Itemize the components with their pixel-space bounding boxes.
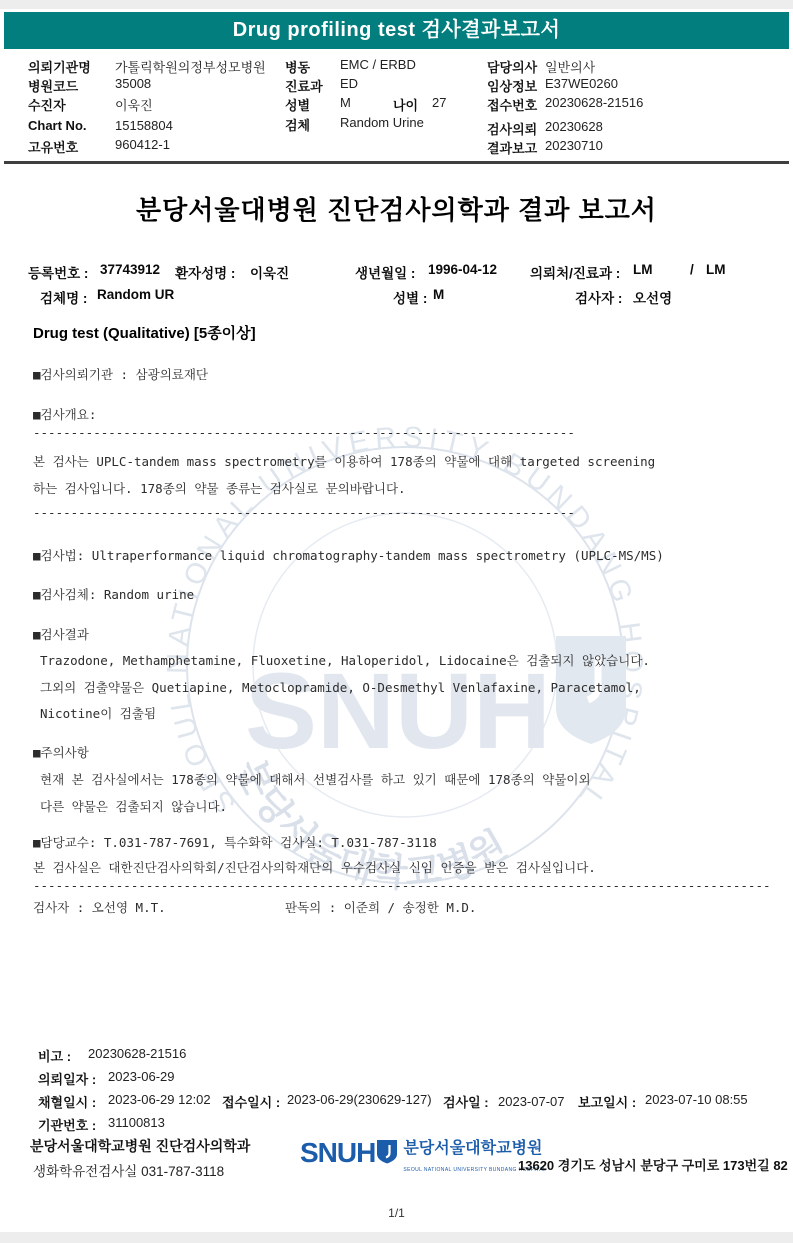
body-divider-1: ----------------------------------------… — [33, 425, 575, 440]
patient-specimen-value: Random UR — [97, 287, 174, 302]
field-value-result-report: 20230710 — [545, 138, 603, 153]
footer-remark-value: 20230628-21516 — [88, 1046, 186, 1061]
patient-sex-label: 성별 : — [393, 287, 427, 307]
body-overview-line2: 하는 검사입니다. 178종의 약물 종류는 검사실로 문의바랍니다. — [33, 479, 406, 497]
footer-org-no-value: 31100813 — [108, 1115, 165, 1130]
field-value-sex: M — [340, 95, 351, 110]
footer-remark-label: 비고 : — [38, 1046, 71, 1065]
field-value-department: ED — [340, 76, 358, 91]
patient-dept-value2: LM — [706, 262, 726, 277]
snuh-logo: SNUH 분당서울대학교병원 SEOUL NATIONAL UNIVERSITY… — [300, 1140, 546, 1176]
patient-specimen-label: 검체명 : — [40, 287, 87, 307]
field-value-hospital-code: 35008 — [115, 76, 151, 91]
field-label-clinical-info: 임상정보 — [487, 76, 537, 95]
body-accreditation-line: 본 검사실은 대한진단검사의학회/진단검사의학재단의 우수검사실 신임 인증을 … — [33, 858, 596, 876]
field-label-sex: 성별 — [285, 95, 310, 114]
signature-examiner: 검사자 : 오선영 M.T. — [33, 898, 166, 916]
footer-test-date-label: 검사일 : — [443, 1092, 489, 1111]
field-value-specimen: Random Urine — [340, 115, 424, 130]
field-value-chart-no: 15158804 — [115, 118, 173, 133]
field-value-clinical-info: E37WE0260 — [545, 76, 618, 91]
patient-dept-separator: / — [690, 262, 694, 277]
field-label-chart-no: Chart No. — [28, 118, 87, 133]
patient-sex-value: M — [433, 287, 444, 302]
signature-reviewer: 판독의 : 이준희 / 송정한 M.D. — [285, 898, 476, 916]
field-value-doctor: 일반의사 — [545, 57, 595, 76]
patient-examiner-value: 오선영 — [633, 287, 672, 307]
patient-name-label: 환자성명 : — [175, 262, 235, 282]
patient-dept-value: LM — [633, 262, 653, 277]
body-result-heading: ■검사결과 — [33, 625, 89, 643]
body-overview-heading: ■검사개요: — [33, 405, 96, 423]
footer-report-date-label: 보고일시 : — [578, 1092, 636, 1111]
footer-receipt-value: 2023-06-29(230629-127) — [287, 1092, 432, 1107]
patient-examiner-label: 검사자 : — [575, 287, 622, 307]
footer-test-date-value: 2023-07-07 — [498, 1094, 565, 1109]
footer-department-line2: 생화학유전검사실 031-787-3118 — [33, 1160, 224, 1180]
field-value-accession-no: 20230628-21516 — [545, 95, 643, 110]
body-contact-line: ■담당교수: T.031-787-7691, 특수화학 검사실: T.031-7… — [33, 833, 437, 851]
field-value-age: 27 — [432, 95, 446, 110]
footer-collect-value: 2023-06-29 12:02 — [108, 1092, 211, 1107]
footer-address: 13620 경기도 성남시 분당구 구미로 173번길 82 — [518, 1155, 788, 1174]
field-label-patient: 수진자 — [28, 95, 66, 114]
footer-request-date-value: 2023-06-29 — [108, 1069, 175, 1084]
field-label-age: 나이 — [393, 95, 418, 114]
report-title: 분당서울대병원 진단검사의학과 결과 보고서 — [0, 190, 793, 227]
field-label-request-org: 의뢰기관명 — [28, 57, 91, 76]
body-agency-line: ■검사의뢰기관 : 삼광의료재단 — [33, 365, 208, 383]
page-number: 1/1 — [0, 1206, 793, 1220]
top-margin-strip — [0, 0, 793, 9]
body-overview-line1: 본 검사는 UPLC-tandem mass spectrometry를 이용하… — [33, 452, 655, 470]
field-label-hospital-code: 병원코드 — [28, 76, 78, 95]
body-result-line2: 그외의 검출약물은 Quetiapine, Metoclopramide, O-… — [40, 678, 641, 696]
report-page: SEOUL NATIONAL UNIVERSITY BUNDANG HOSPIT… — [0, 0, 793, 1243]
footer-receipt-label: 접수일시 : — [222, 1092, 280, 1111]
body-specimen-line: ■검사검체: Random urine — [33, 585, 194, 603]
footer-org-no-label: 기관번호 : — [38, 1115, 96, 1134]
footer-report-date-value: 2023-07-10 08:55 — [645, 1092, 748, 1107]
body-result-line3: Nicotine이 검출됨 — [40, 704, 156, 722]
bottom-margin-strip — [0, 1232, 793, 1243]
field-label-result-report: 결과보고 — [487, 138, 537, 157]
footer-department-line1: 분당서울대학교병원 진단검사의학과 — [30, 1136, 250, 1156]
body-caution-heading: ■주의사항 — [33, 743, 89, 761]
snuh-logo-text: SNUH — [300, 1140, 375, 1166]
header-separator-line — [4, 161, 789, 164]
patient-reg-label: 등록번호 : — [28, 262, 88, 282]
document-title-bar: Drug profiling test 검사결과보고서 — [4, 12, 789, 49]
body-caution-line1: 현재 본 검사실에서는 178종의 약물에 대해서 선별검사를 하고 있기 때문… — [40, 770, 591, 788]
field-label-accession-no: 접수번호 — [487, 95, 537, 114]
patient-dept-label: 의뢰처/진료과 : — [530, 262, 620, 282]
field-label-doctor: 담당의사 — [487, 57, 537, 76]
body-result-line1: Trazodone, Methamphetamine, Fluoxetine, … — [40, 651, 650, 669]
field-value-patient: 이욱진 — [115, 95, 153, 114]
patient-birth-label: 생년월일 : — [355, 262, 415, 282]
field-label-department: 진료과 — [285, 76, 323, 95]
footer-collect-label: 채혈일시 : — [38, 1092, 96, 1111]
test-heading: Drug test (Qualitative) [5종이상] — [33, 322, 256, 343]
body-method-line: ■검사법: Ultraperformance liquid chromatogr… — [33, 546, 664, 564]
field-label-ward: 병동 — [285, 57, 310, 76]
field-label-specimen: 검체 — [285, 115, 310, 134]
field-label-test-request: 검사의뢰 — [487, 119, 537, 138]
patient-name-value: 이욱진 — [250, 262, 289, 282]
body-divider-3: ----------------------------------------… — [33, 878, 771, 893]
field-value-test-request: 20230628 — [545, 119, 603, 134]
patient-reg-value: 37743912 — [100, 262, 160, 277]
field-label-unique-no: 고유번호 — [28, 137, 78, 156]
snuh-shield-icon — [377, 1140, 397, 1164]
field-value-request-org: 가톨릭학원의정부성모병원 — [115, 57, 266, 76]
footer-request-date-label: 의뢰일자 : — [38, 1069, 96, 1088]
body-caution-line2: 다른 약물은 검출되지 않습니다. — [40, 797, 227, 815]
body-divider-2: ----------------------------------------… — [33, 505, 575, 520]
patient-birth-value: 1996-04-12 — [428, 262, 497, 277]
field-value-unique-no: 960412-1 — [115, 137, 170, 152]
field-value-ward: EMC / ERBD — [340, 57, 416, 72]
